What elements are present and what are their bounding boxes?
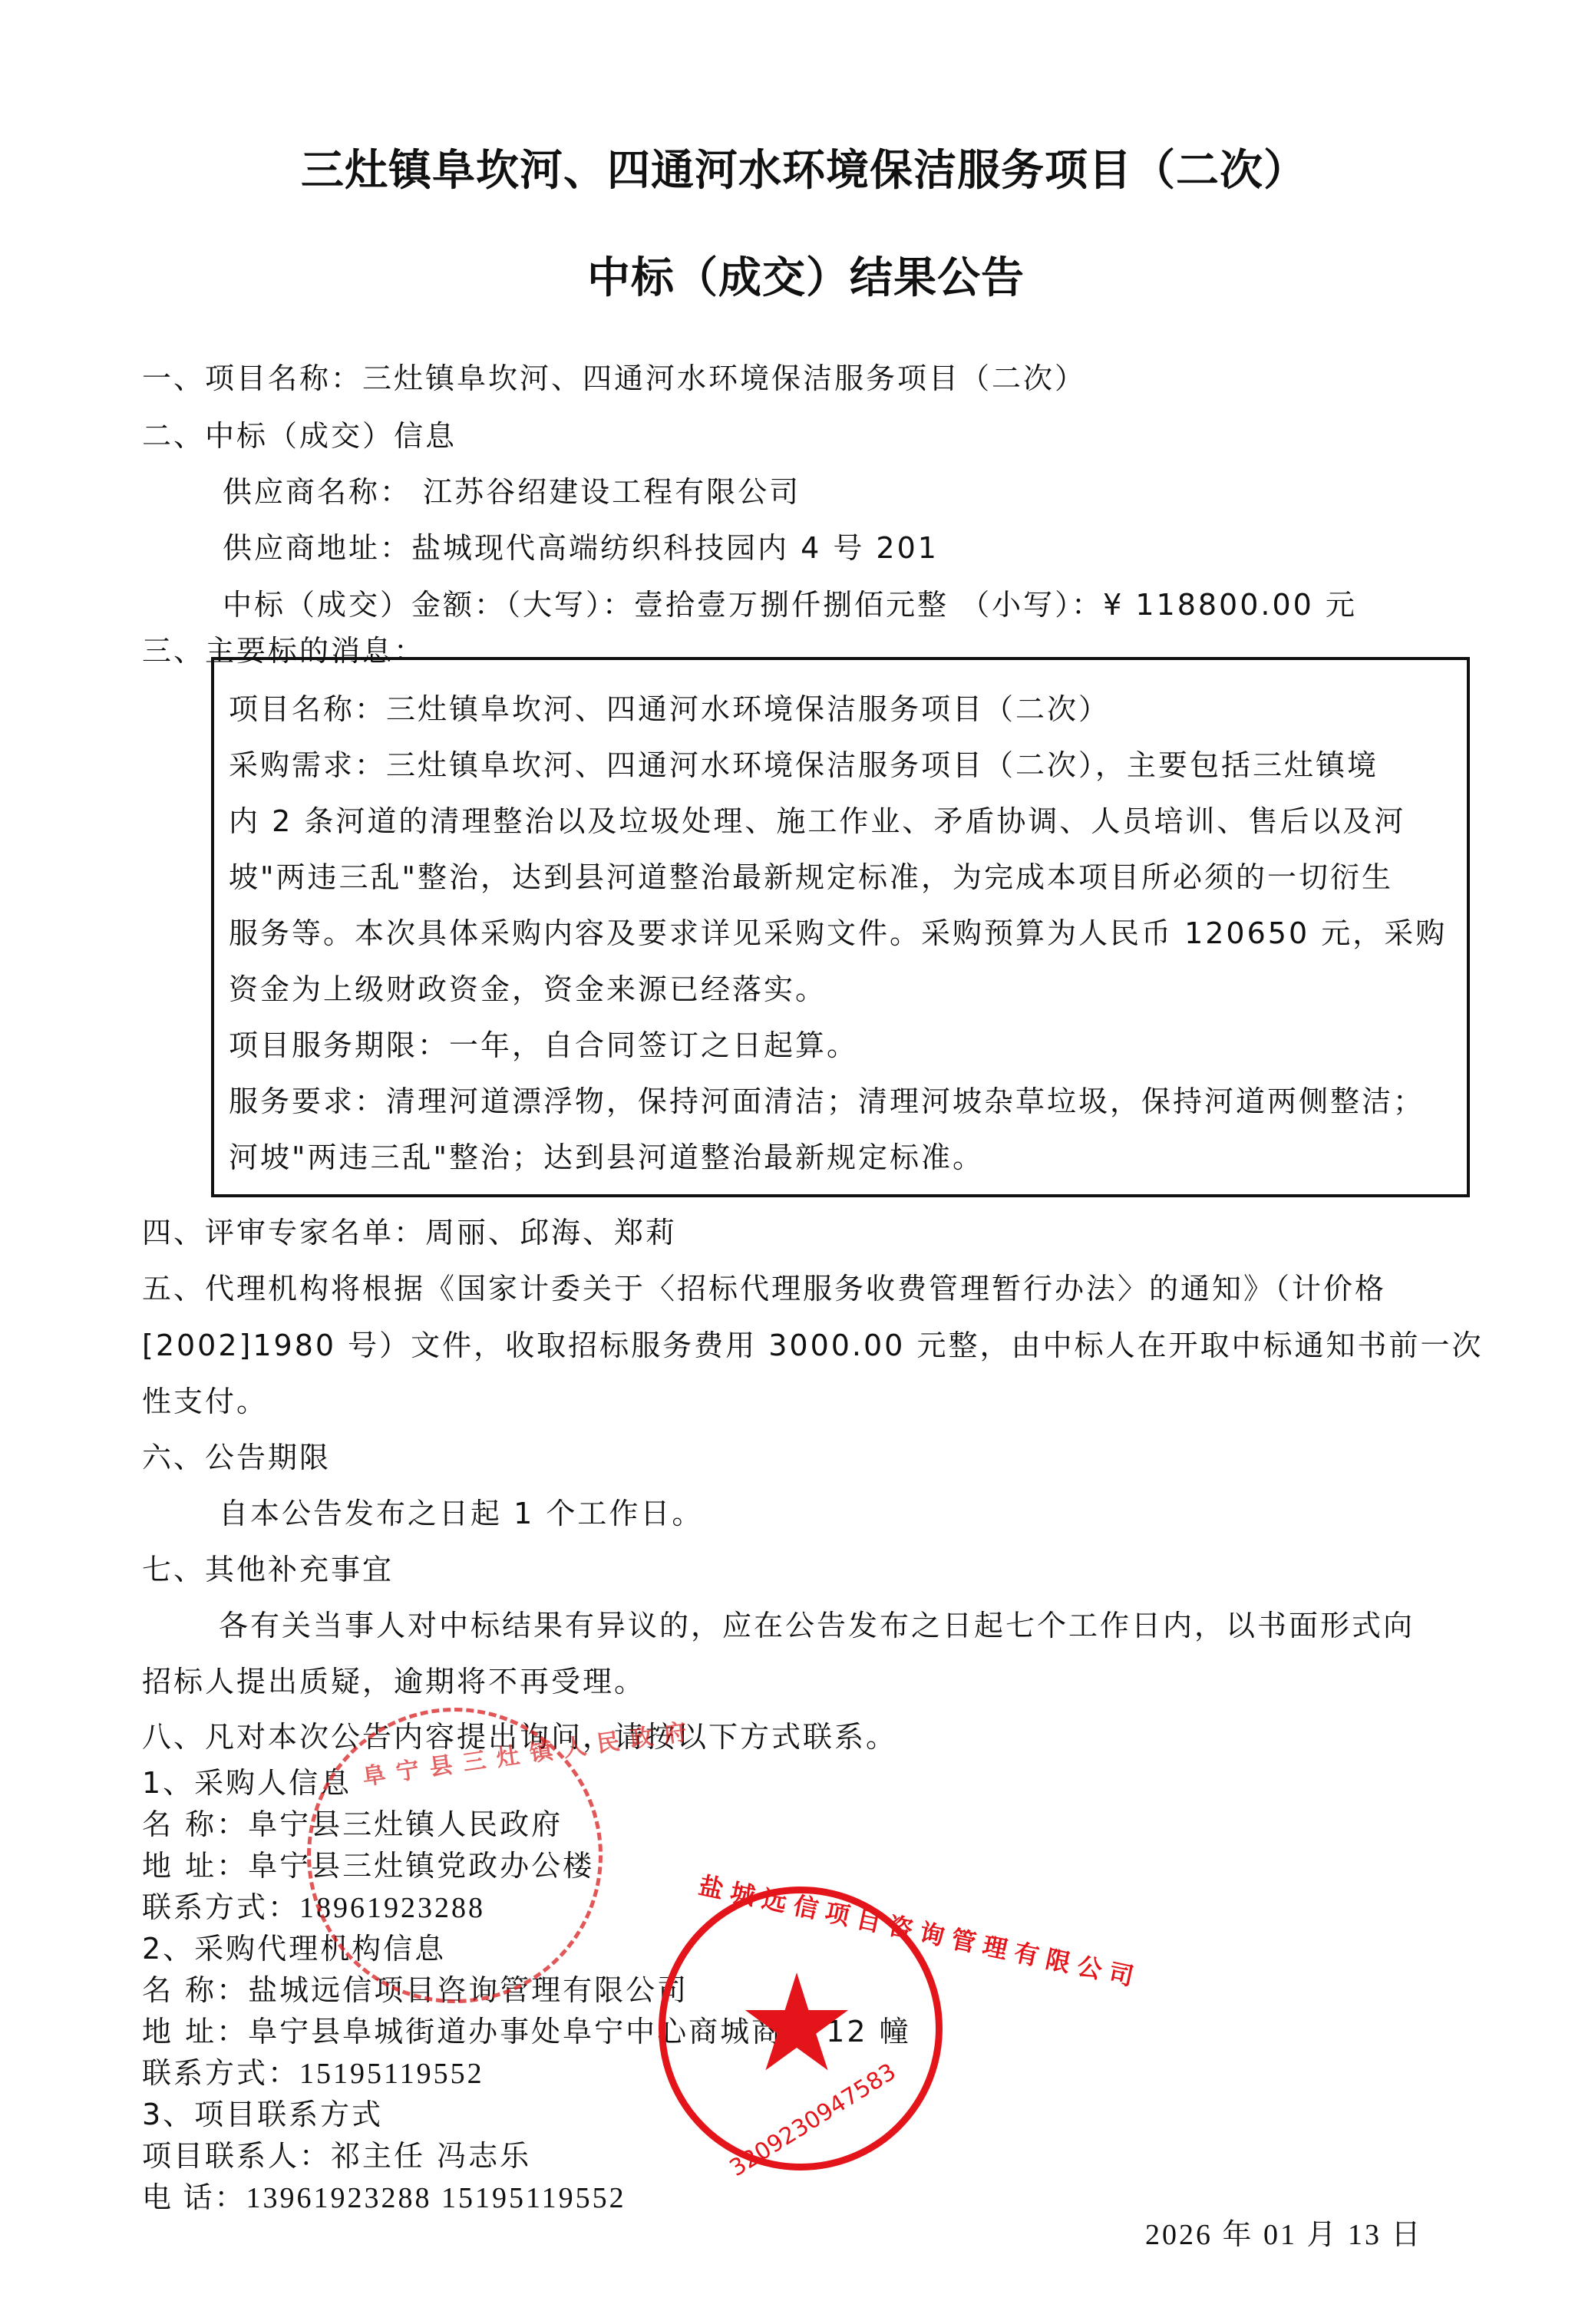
agency-seal-code: 3209230947583 [725, 2058, 901, 2182]
box-line: 项目服务期限：一年，自合同签订之日起算。 [229, 1022, 858, 1064]
notice-period-text: 自本公告发布之日起 1 个工作日。 [219, 1490, 703, 1532]
box-line: 资金为上级财政资金，资金来源已经落实。 [229, 966, 827, 1008]
agency-name: 名 称：盐城远信项目咨询管理有限公司 [142, 1966, 688, 2009]
purchaser-contact: 联系方式：18961923288 [142, 1883, 485, 1926]
agency-contact: 联系方式：15195119552 [142, 2049, 484, 2091]
section-award-heading: 二、中标（成交）信息 [142, 412, 457, 454]
agency-heading: 2、采购代理机构信息 [142, 1925, 446, 1967]
other-text-line2: 招标人提出质疑，逾期将不再受理。 [142, 1658, 646, 1700]
section-agency-fee-line: [2002]1980 号）文件，收取招标服务费用 3000.00 元整，由中标人… [142, 1322, 1483, 1364]
box-line: 坡"两违三乱"整治，达到县河道整治最新规定标准，为完成本项目所必须的一切衍生 [229, 853, 1393, 896]
project-contact-heading: 3、项目联系方式 [142, 2091, 383, 2133]
document-title-line2: 中标（成交）结果公告 [587, 244, 1025, 305]
purchaser-name: 名 称：阜宁县三灶镇人民政府 [142, 1801, 563, 1843]
section-agency-fee-line: 五、代理机构将根据《国家计委关于〈招标代理服务收费管理暂行办法〉的通知》（计价格 [142, 1265, 1386, 1307]
project-contact-persons: 项目联系人：祁主任 冯志乐 [142, 2132, 531, 2174]
box-line: 采购需求：三灶镇阜坎河、四通河水环境保洁服务项目（二次），主要包括三灶镇境 [229, 741, 1379, 784]
section-experts: 四、评审专家名单：周丽、邱海、郑莉 [142, 1209, 677, 1251]
box-line: 服务要求：清理河道漂浮物，保持河面清洁；清理河坡杂草垃圾，保持河道两侧整洁； [229, 1078, 1425, 1120]
section-agency-fee-line: 性支付。 [142, 1378, 268, 1420]
purchaser-address: 地 址：阜宁县三灶镇党政办公楼 [142, 1842, 594, 1884]
supplier-name: 供应商名称： 江苏谷绍建设工程有限公司 [223, 468, 801, 510]
agency-seal-text: 盐城远信项目咨询管理有限公司 [696, 1866, 1145, 1994]
section-other-heading: 七、其他补充事宜 [142, 1546, 394, 1588]
project-contact-phones: 电 话：13961923288 15195119552 [142, 2174, 626, 2216]
document-title-line1: 三灶镇阜坎河、四通河水环境保洁服务项目（二次） [301, 137, 1307, 198]
box-line: 内 2 条河道的清理整治以及垃圾处理、施工作业、矛盾协调、人员培训、售后以及河 [229, 797, 1405, 840]
other-text-line1: 各有关当事人对中标结果有异议的，应在公告发布之日起七个工作日内，以书面形式向 [219, 1602, 1415, 1644]
section-notice-period-heading: 六、公告期限 [142, 1434, 331, 1476]
award-amount: 中标（成交）金额：（大写）：壹拾壹万捌仟捌佰元整 （小写）：¥ 118800.0… [223, 581, 1357, 623]
box-line: 河坡"两违三乱"整治；达到县河道整治最新规定标准。 [229, 1134, 984, 1176]
section-project-name: 一、项目名称：三灶镇阜坎河、四通河水环境保洁服务项目（二次） [142, 355, 1086, 397]
purchaser-heading: 1、采购人信息 [142, 1759, 352, 1801]
box-line: 项目名称：三灶镇阜坎河、四通河水环境保洁服务项目（二次） [229, 685, 1110, 728]
announcement-date: 2026 年 01 月 13 日 [1145, 2210, 1423, 2253]
supplier-address: 供应商地址：盐城现代高端纺织科技园内 4 号 201 [223, 524, 939, 566]
box-line: 服务等。本次具体采购内容及要求详见采购文件。采购预算为人民币 120650 元，… [229, 909, 1447, 952]
